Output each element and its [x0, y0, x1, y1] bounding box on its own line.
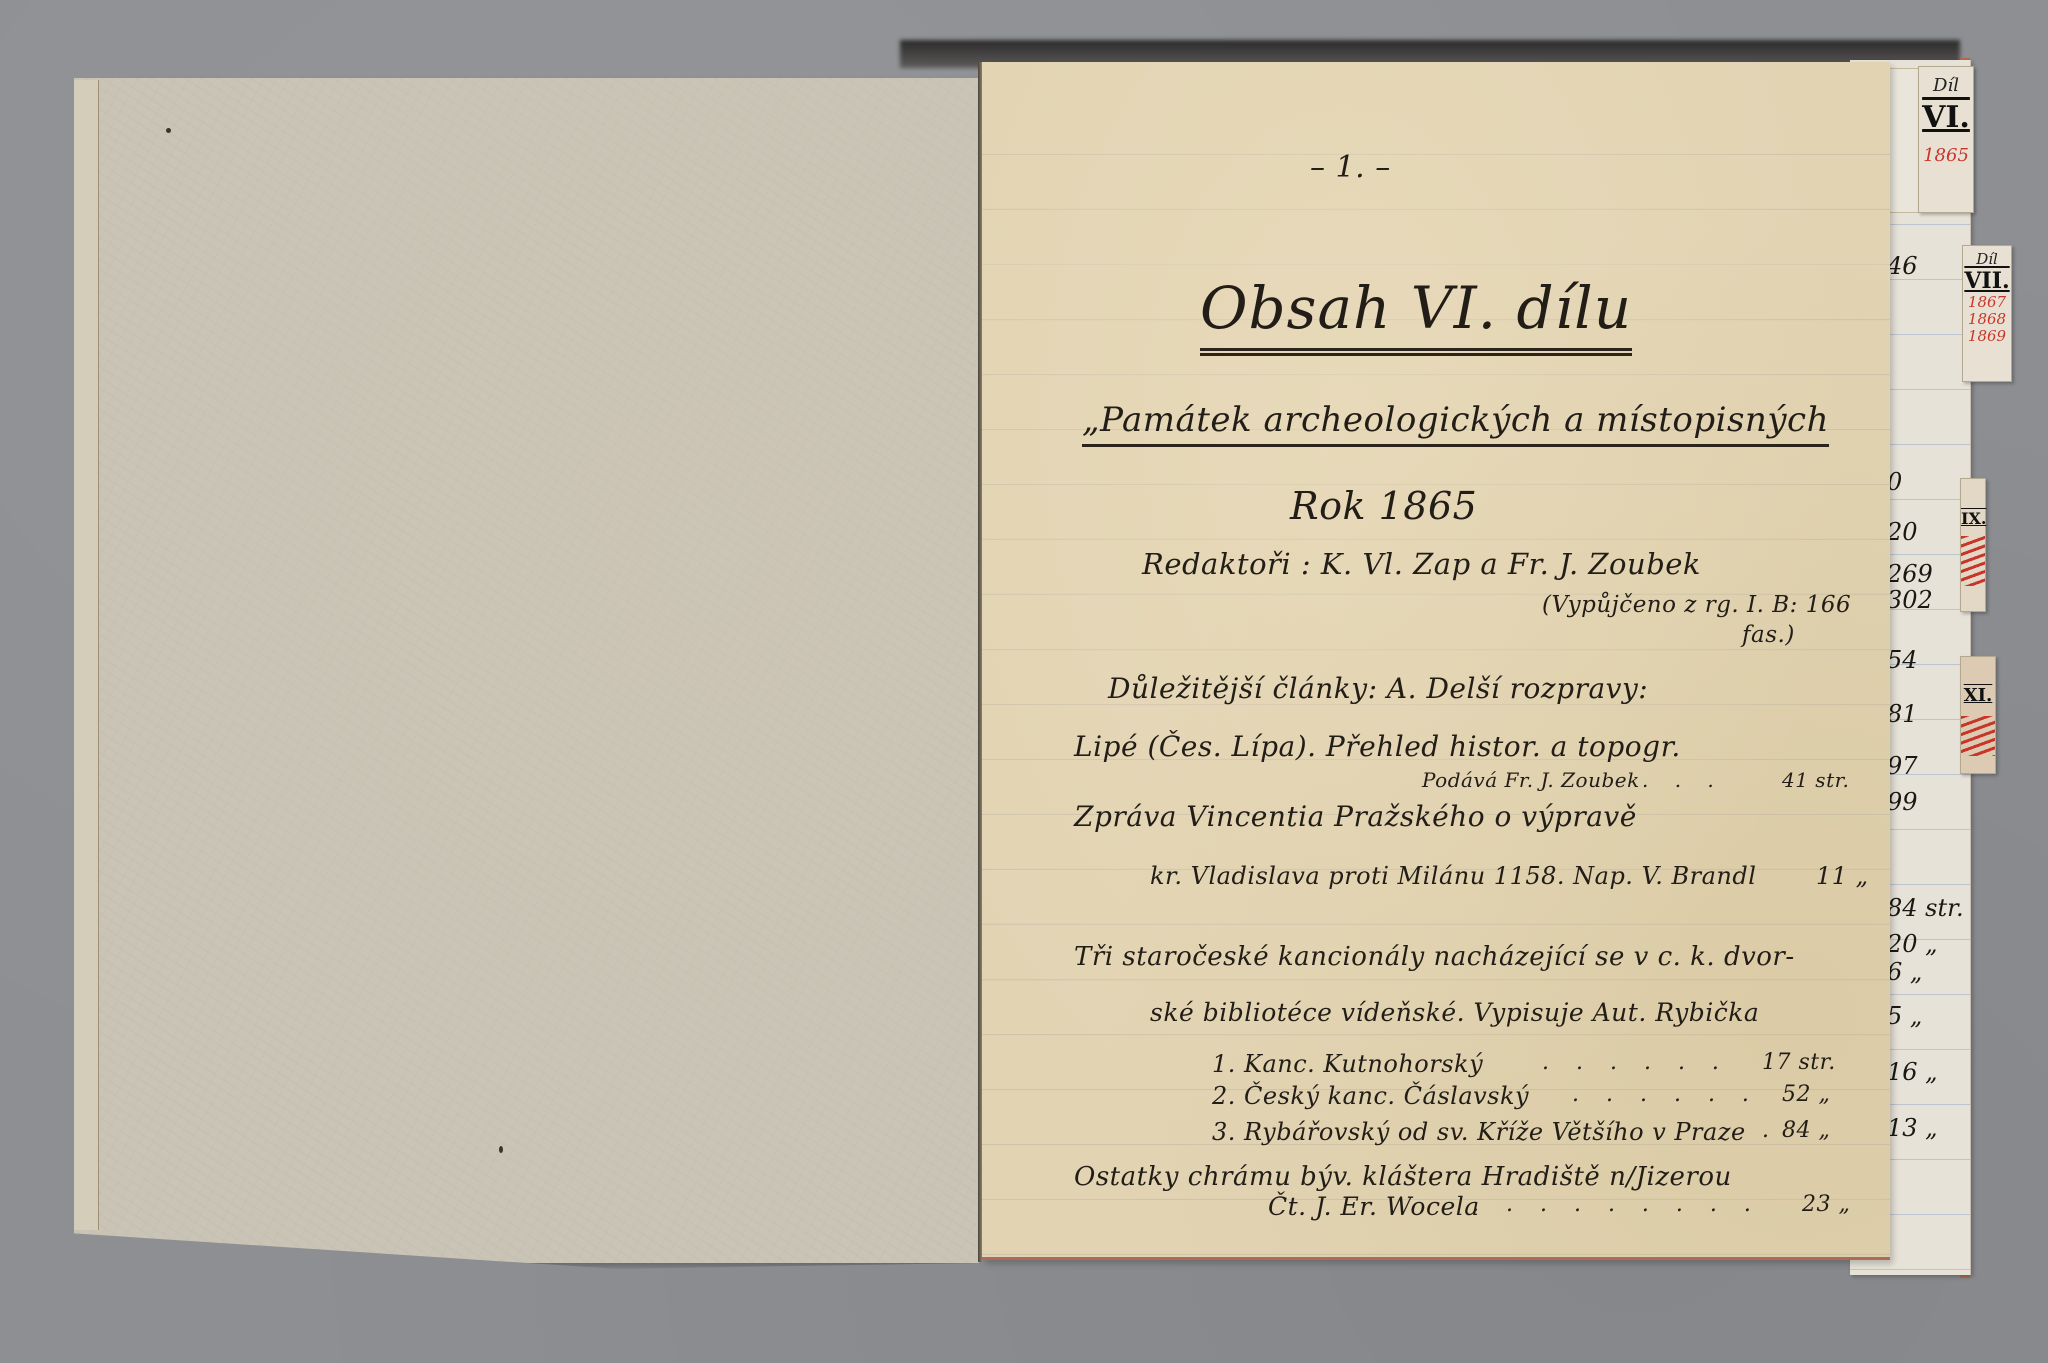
back-page-number: 84 str. — [1887, 894, 1964, 922]
back-page-number: 302 — [1887, 586, 1933, 614]
tab-year: 1867 — [1963, 294, 2011, 311]
entry-title: Tři staročeské kancionály nacházející se… — [1074, 942, 1795, 972]
entry-title: Zpráva Vincentia Pražského o výpravě — [1074, 800, 1637, 833]
subentry-title: 3. Rybářovský od sv. Kříže Většího v Pra… — [1212, 1118, 1746, 1146]
subentry-title: 2. Český kanc. Čáslavský — [1212, 1082, 1529, 1110]
tab-volume: VI. — [1919, 100, 1973, 135]
index-tab-vol-6[interactable]: Díl VI. 1865 — [1918, 66, 1974, 213]
entry-title: Lipé (Čes. Lípa). Přehled histor. a topo… — [1074, 730, 1681, 763]
entry-author: kr. Vladislava proti Milánu 1158. Nap. V… — [1150, 862, 1756, 890]
left-page-stub-strip — [74, 80, 99, 1230]
back-page-number: 99 — [1887, 788, 1918, 816]
entry-title: Ostatky chrámu býv. kláštera Hradiště n/… — [1074, 1162, 1732, 1192]
section-heading: Důležitější články: A. Delší rozpravy: — [1108, 672, 1648, 705]
back-page-number: 97 — [1887, 752, 1918, 780]
entry-author: Čt. J. Er. Wocela — [1268, 1192, 1480, 1221]
entry-pages: 11 „ — [1816, 862, 1869, 890]
entry-leader-dots: . . . . . . . . . — [1472, 1192, 1761, 1217]
back-page-number: 6 „ — [1887, 958, 1922, 986]
tab-year: 1869 — [1963, 328, 2011, 345]
tab-label: Díl — [1963, 250, 2011, 268]
subentry-title: 1. Kanc. Kutnohorský — [1212, 1050, 1483, 1078]
table-of-contents-page: – 1. – Obsah VI. dílu „Památek archeolog… — [982, 62, 1890, 1260]
borrowed-note: (Vypůjčeno z rg. I. B: 166 — [1542, 592, 1851, 618]
entry-author: Podává Fr. J. Zoubek — [1422, 768, 1640, 792]
subentry-leader-dots: . — [1762, 1118, 1770, 1143]
tab-label: Díl — [1919, 75, 1973, 96]
tab-red-years — [1961, 716, 1995, 756]
tab-year: 1865 — [1919, 145, 1973, 166]
paper-fleck — [499, 1146, 503, 1153]
left-blank-page — [74, 78, 979, 1263]
back-page-number: 13 „ — [1887, 1114, 1938, 1142]
borrowed-note-cont: fas.) — [1742, 622, 1795, 648]
back-page-number: 54 — [1887, 646, 1918, 674]
back-page-number: 16 „ — [1887, 1058, 1938, 1086]
index-tab-vol-7[interactable]: Díl VII. 1867 1868 1869 — [1962, 245, 2012, 382]
back-page-number: 46 — [1887, 252, 1918, 280]
index-tab-vol-11[interactable]: XI. — [1960, 656, 1996, 774]
subentry-leader-dots: . . . . . . — [1542, 1050, 1729, 1075]
entry-author: ské bibliotéce vídeňské. Vypisuje Aut. R… — [1150, 998, 1759, 1027]
tab-volume: XI. — [1961, 685, 1995, 706]
back-page-number: 81 — [1887, 700, 1918, 728]
paper-fleck — [166, 128, 171, 133]
back-page-number: 20 „ — [1887, 930, 1938, 958]
subentry-pages: 84 „ — [1782, 1118, 1830, 1143]
book-gutter — [978, 62, 982, 1262]
index-tab-vol-9[interactable]: IX. — [1960, 478, 1986, 612]
back-page-number: 5 „ — [1887, 1002, 1922, 1030]
subentry-pages: 52 „ — [1782, 1082, 1830, 1107]
subentry-pages: 17 str. — [1762, 1050, 1836, 1075]
page-title: Obsah VI. dílu — [1200, 274, 1632, 356]
entry-pages: 41 str. — [1782, 768, 1849, 792]
editors-line: Redaktoři : K. Vl. Zap a Fr. J. Zoubek — [1142, 547, 1701, 581]
page-number: – 1. – — [1310, 150, 1391, 185]
tab-volume: VII. — [1963, 268, 2011, 294]
tab-red-years — [1961, 536, 1985, 586]
year-line: Rok 1865 — [1290, 484, 1477, 528]
tab-year: 1868 — [1963, 311, 2011, 328]
tab-volume: IX. — [1961, 509, 1985, 528]
back-page-number: 269 — [1887, 560, 1933, 588]
subentry-leader-dots: . . . . . . — [1572, 1082, 1759, 1107]
entry-pages: 23 „ — [1802, 1192, 1850, 1217]
back-page-number: 20 — [1887, 518, 1918, 546]
journal-title: „Památek archeologických a místopisných — [1082, 400, 1829, 447]
entry-leader-dots: . . . — [1642, 768, 1724, 792]
